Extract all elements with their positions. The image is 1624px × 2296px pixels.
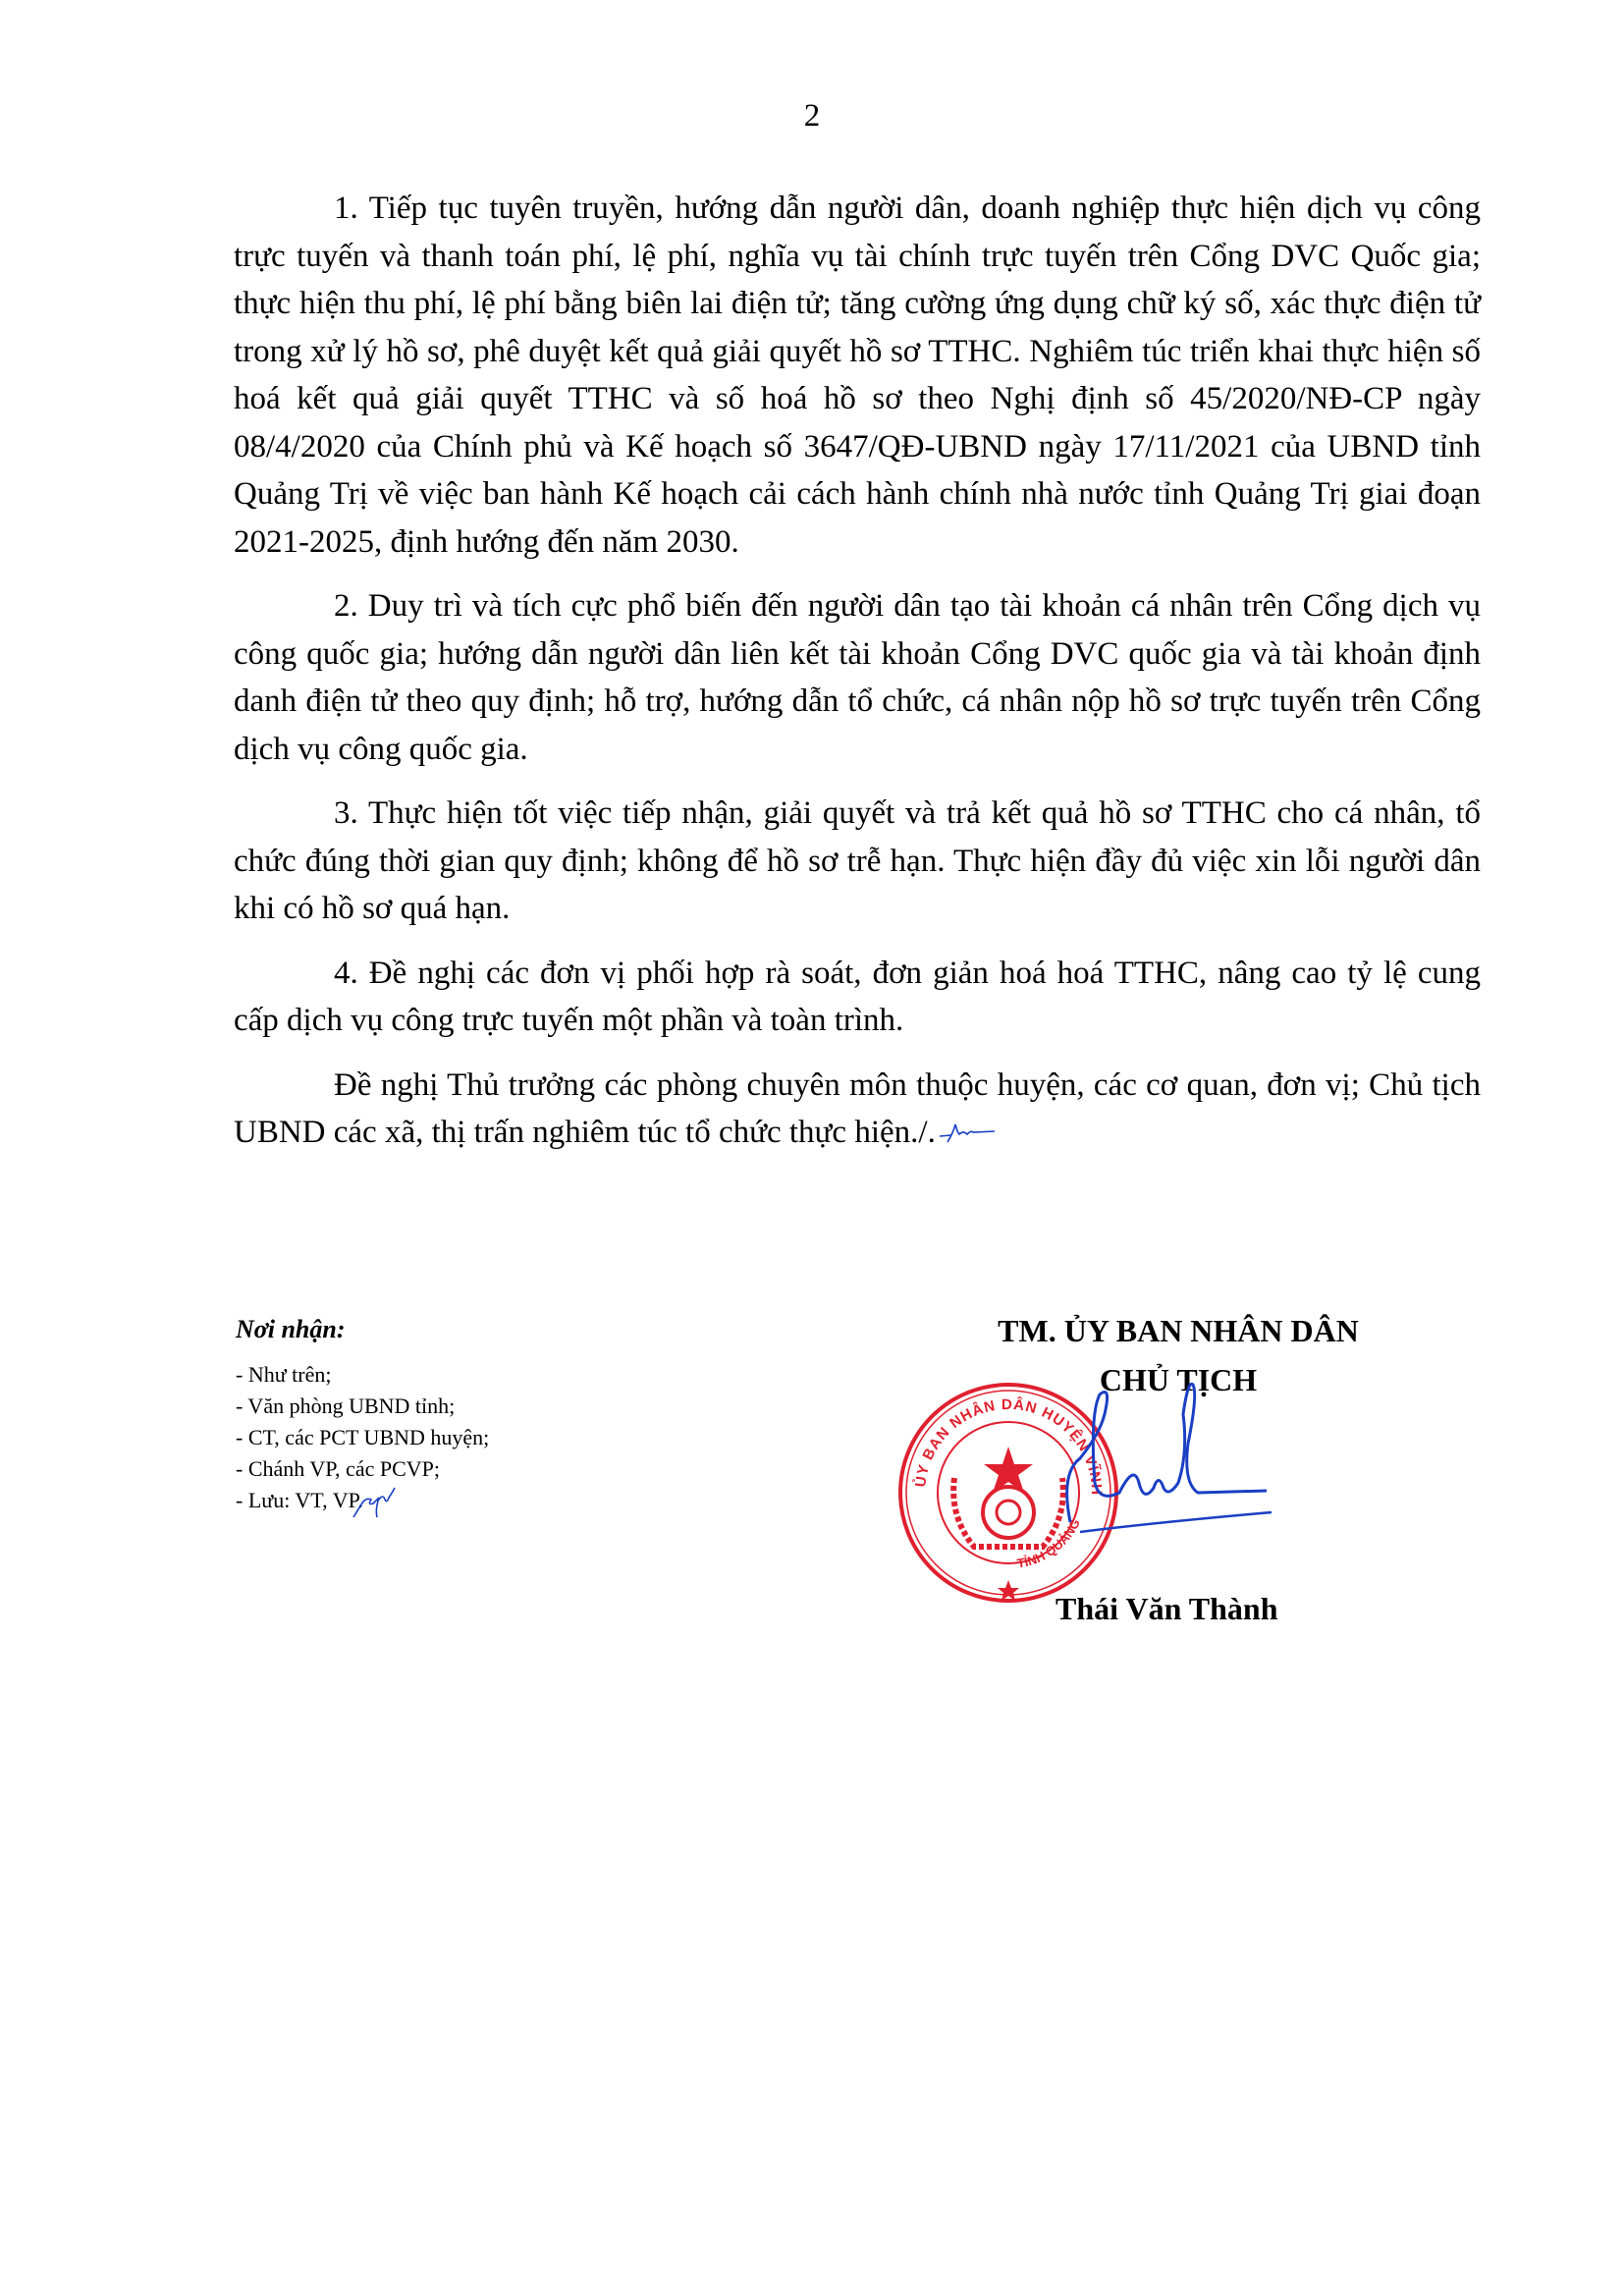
signer-name: Thái Văn Thành [1056, 1591, 1278, 1627]
page-number: 2 [0, 98, 1624, 135]
recipients-block: Nơi nhận: - Như trên; - Văn phòng UBND t… [236, 1314, 489, 1521]
handwritten-signature-icon [1060, 1375, 1286, 1552]
recipient-item: - Chánh VP, các PCVP; [236, 1453, 489, 1485]
closing-text: Đề nghị Thủ trưởng các phòng chuyên môn … [234, 1067, 1481, 1151]
signature-title: TM. ỦY BAN NHÂN DÂN [923, 1306, 1434, 1355]
paragraph-4: 4. Đề nghị các đơn vị phối hợp rà soát, … [234, 950, 1481, 1045]
initial-signature-icon [938, 1121, 997, 1146]
recipient-item: - CT, các PCT UBND huyện; [236, 1422, 489, 1453]
paragraph-2: 2. Duy trì và tích cực phổ biến đến ngườ… [234, 582, 1481, 773]
paragraph-3: 3. Thực hiện tốt việc tiếp nhận, giải qu… [234, 790, 1481, 933]
initial-signature-icon [350, 1486, 399, 1521]
recipient-item-text: - Lưu: VT, VP. [236, 1488, 363, 1512]
recipients-title: Nơi nhận: [236, 1314, 489, 1345]
recipient-item: - Lưu: VT, VP. [236, 1485, 489, 1521]
closing-paragraph: Đề nghị Thủ trưởng các phòng chuyên môn … [234, 1062, 1481, 1157]
recipient-item: - Như trên; [236, 1359, 489, 1391]
document-body: 1. Tiếp tục tuyên truyền, hướng dẫn ngườ… [234, 185, 1481, 1174]
paragraph-1: 1. Tiếp tục tuyên truyền, hướng dẫn ngườ… [234, 185, 1481, 566]
recipient-item: - Văn phòng UBND tỉnh; [236, 1391, 489, 1422]
